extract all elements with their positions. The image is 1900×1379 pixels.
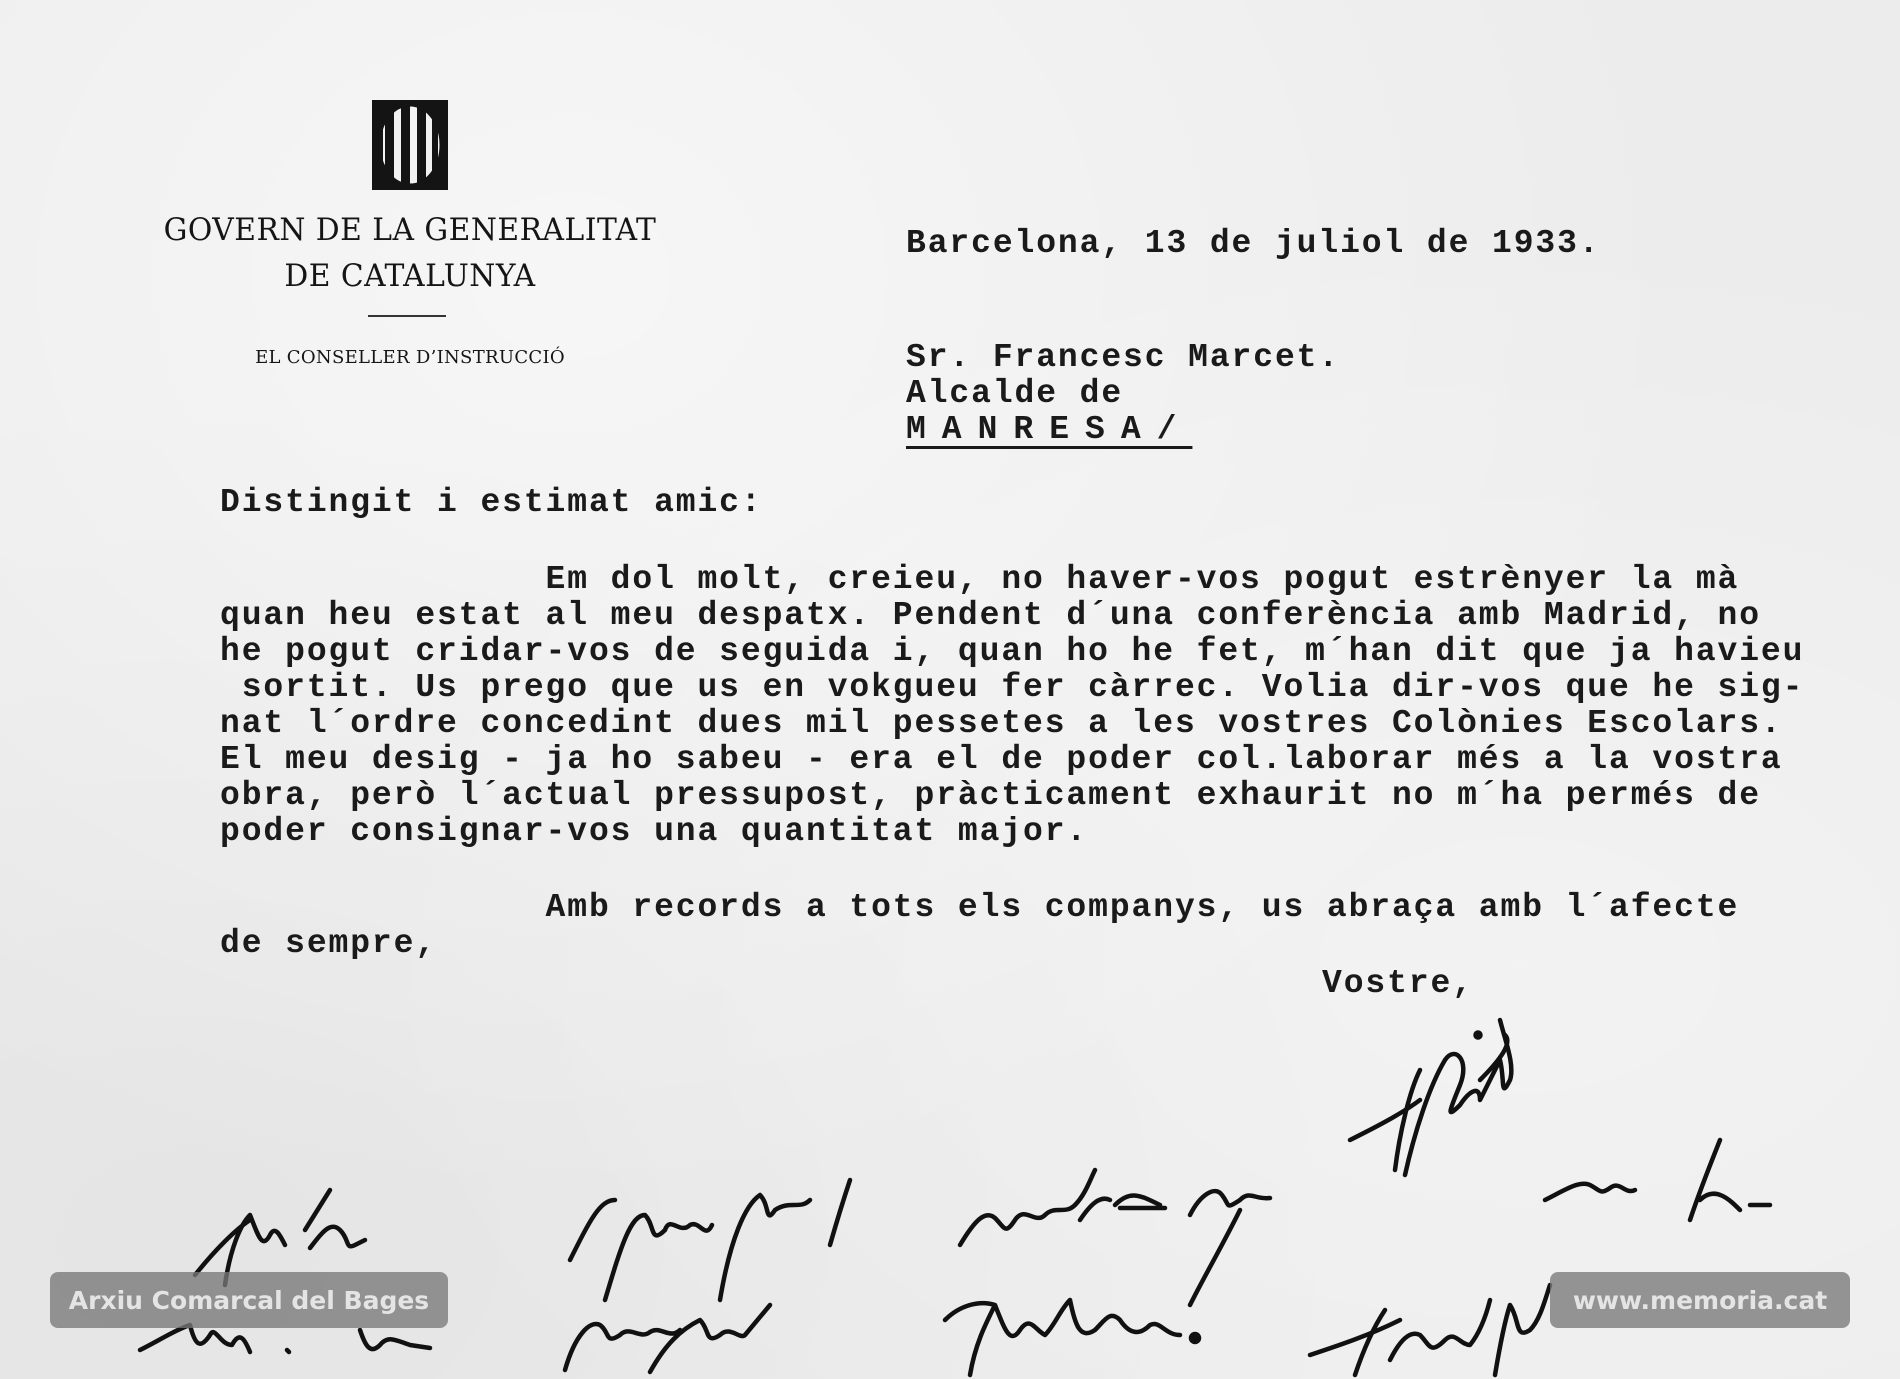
catalan-emblem-icon [372, 100, 448, 190]
signature-icon [1350, 1020, 1511, 1175]
body-line: poder consignar-vos una quantitat major. [220, 814, 1804, 850]
body-line: he pogut cridar-vos de seguida i, quan h… [220, 634, 1804, 670]
archive-watermark: Arxiu Comarcal del Bages [50, 1272, 448, 1328]
website-watermark: www.memoria.cat [1550, 1272, 1850, 1328]
recipient-title: Alcalde de [906, 375, 1123, 412]
recipient-block: Sr. Francesc Marcet. Alcalde de MANRESA/ [906, 340, 1340, 448]
body-line: sortit. Us prego que us en vokgueu fer c… [220, 670, 1804, 706]
letterhead-title-line2: DE CATALUNYA [112, 261, 707, 292]
body-line: de sempre, [220, 926, 1739, 962]
body-line: El meu desig - ja ho sabeu - era el de p… [220, 742, 1804, 778]
salutation: Distingit i estimat amic: [220, 485, 763, 521]
body-paragraph-2: Amb records a tots els companys, us abra… [220, 890, 1739, 962]
body-paragraph-1: Em dol molt, creieu, no haver-vos pogut … [220, 562, 1804, 850]
letterhead-subtitle: EL CONSELLER D’INSTRUCCIÓ [100, 347, 720, 368]
recipient-city: MANRESA/ [906, 411, 1192, 448]
body-line: quan heu estat al meu despatx. Pendent d… [220, 598, 1804, 634]
recipient-name: Sr. Francesc Marcet. [906, 339, 1340, 376]
letterhead-divider [368, 315, 446, 317]
body-line: Em dol molt, creieu, no haver-vos pogut … [220, 562, 1804, 598]
closing: Vostre, [1322, 966, 1474, 1002]
body-line: obra, però l´actual pressupost, pràctica… [220, 778, 1804, 814]
letterhead-title-line1: GOVERN DE LA GENERALITAT [112, 215, 707, 246]
body-line: Amb records a tots els companys, us abra… [220, 890, 1739, 926]
letter-date: Barcelona, 13 de juliol de 1933. [906, 226, 1601, 262]
letter-page: GOVERN DE LA GENERALITAT DE CATALUNYA EL… [0, 0, 1900, 1379]
body-line: nat l´ordre concedint dues mil pessetes … [220, 706, 1804, 742]
